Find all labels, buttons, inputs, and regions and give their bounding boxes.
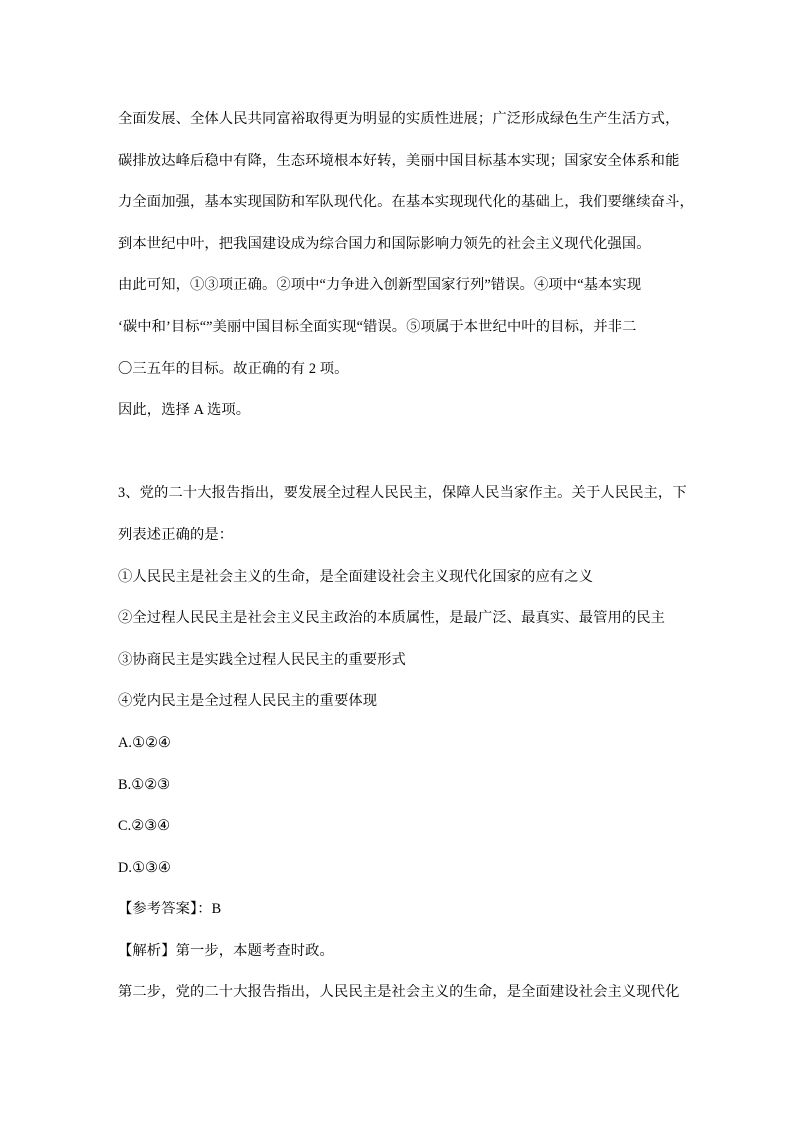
- explanation-line: ‘碳中和’目标“”美丽中国目标全面实现“错误。⑤项属于本世纪中叶的目标，并非二: [118, 307, 676, 349]
- explanation-line: 碳排放达峰后稳中有降，生态环境根本好转，美丽中国目标基本实现；国家安全体系和能: [118, 141, 676, 183]
- option-d: D.①③④: [118, 848, 676, 890]
- question-3: 3、党的二十大报告指出，要发展全过程人民民主，保障人民当家作主。关于人民民主，下…: [118, 473, 676, 1014]
- blank-line: [118, 432, 676, 474]
- explanation-conclusion-line: 因此，选择 A 选项。: [118, 390, 676, 432]
- explanation-line: 力全面加强，基本实现国防和军队现代化。在基本实现现代化的基础上，我们要继续奋斗，: [118, 182, 676, 224]
- question-stem-line: 3、党的二十大报告指出，要发展全过程人民民主，保障人民当家作主。关于人民民主，下: [118, 473, 676, 515]
- analysis-line: 【解析】第一步，本题考查时政。: [118, 931, 676, 973]
- statement-1: ①人民民主是社会主义的生命，是全面建设社会主义现代化国家的应有之义: [118, 557, 676, 599]
- explanation-line: 由此可知，①③项正确。②项中“力争进入创新型国家行列”错误。④项中“基本实现: [118, 265, 676, 307]
- statement-4: ④党内民主是全过程人民民主的重要体现: [118, 681, 676, 723]
- statement-3: ③协商民主是实践全过程人民民主的重要形式: [118, 640, 676, 682]
- option-a: A.①②④: [118, 723, 676, 765]
- document-body: 全面发展、全体人民共同富裕取得更为明显的实质性进展；广泛形成绿色生产生活方式， …: [118, 99, 676, 1014]
- statement-2: ②全过程人民民主是社会主义民主政治的本质属性，是最广泛、最真实、最管用的民主: [118, 598, 676, 640]
- option-b: B.①②③: [118, 765, 676, 807]
- explanation-line: 到本世纪中叶，把我国建设成为综合国力和国际影响力领先的社会主义现代化强国。: [118, 224, 676, 266]
- reference-answer: 【参考答案】：B: [118, 889, 676, 931]
- analysis-line: 第二步，党的二十大报告指出，人民民主是社会主义的生命，是全面建设社会主义现代化: [118, 972, 676, 1014]
- question-stem-line: 列表述正确的是：: [118, 515, 676, 557]
- option-c: C.②③④: [118, 806, 676, 848]
- previous-question-explanation: 全面发展、全体人民共同富裕取得更为明显的实质性进展；广泛形成绿色生产生活方式， …: [118, 99, 676, 432]
- explanation-line: 全面发展、全体人民共同富裕取得更为明显的实质性进展；广泛形成绿色生产生活方式，: [118, 99, 676, 141]
- explanation-line: 〇三五年的目标。故正确的有 2 项。: [118, 349, 676, 391]
- document-page: 全面发展、全体人民共同富裕取得更为明显的实质性进展；广泛形成绿色生产生活方式， …: [0, 0, 794, 1123]
